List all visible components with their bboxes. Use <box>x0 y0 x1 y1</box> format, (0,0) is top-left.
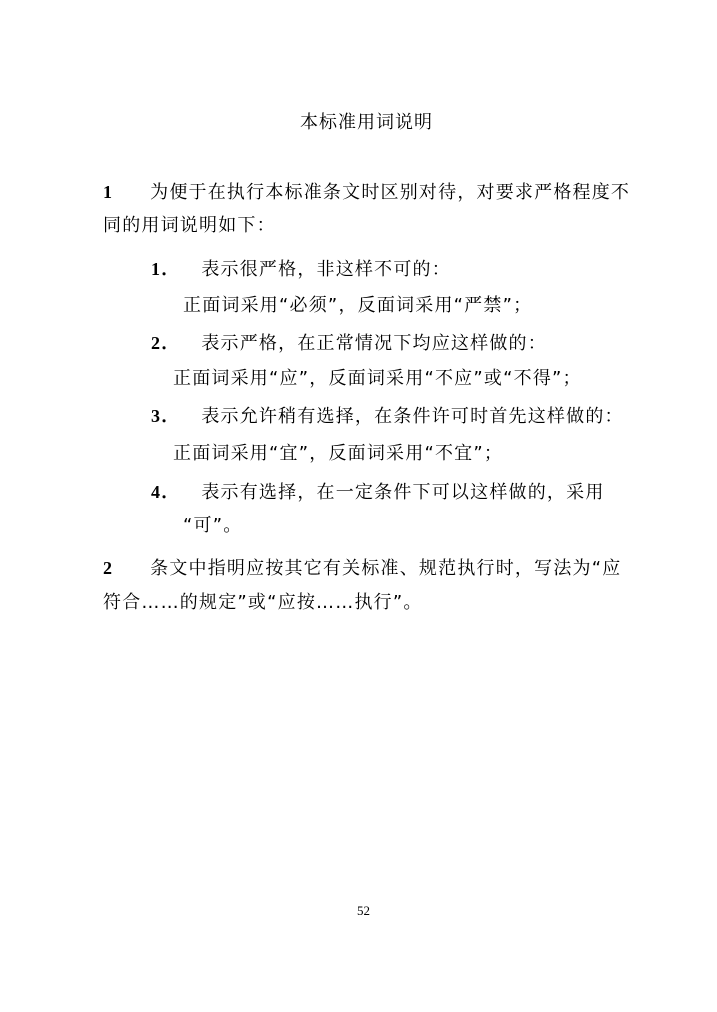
item-2-description: 2． 表示严格，在正常情况下均应这样做的： <box>151 332 547 355</box>
item-number: 4． <box>151 482 180 502</box>
item-1-usage: 正面词采用“必须”，反面词采用“严禁”； <box>183 295 532 317</box>
item-3-description: 3． 表示允许稍有选择，在条件许可时首先这样做的： <box>151 405 624 428</box>
page-number: 52 <box>357 903 370 919</box>
section-text: 条文中指明应按其它有关标准、规范执行时，写法为“应 <box>150 558 621 579</box>
page-title: 本标准用词说明 <box>300 112 433 134</box>
section-2-line-2: 符合……的规定”或“应按……执行”。 <box>103 592 423 614</box>
item-4-description: 4． 表示有选择，在一定条件下可以这样做的，采用 <box>151 481 605 504</box>
section-2-line-1: 2 条文中指明应按其它有关标准、规范执行时，写法为“应 <box>103 557 621 580</box>
section-1-line-1: 1 为便于在执行本标准条文时区别对待，对要求严格程度不 <box>103 181 630 204</box>
item-number: 2． <box>151 333 180 353</box>
section-1-line-2: 同的用词说明如下： <box>103 215 276 237</box>
section-number: 2 <box>103 558 113 578</box>
item-number: 1． <box>151 259 180 279</box>
item-number: 3． <box>151 406 180 426</box>
item-3-usage: 正面词采用“宜”，反面词采用“不宜”； <box>173 443 503 465</box>
section-number: 1 <box>103 182 113 202</box>
section-text: 为便于在执行本标准条文时区别对待，对要求严格程度不 <box>150 182 630 203</box>
item-1-description: 1． 表示很严格，非这样不可的： <box>151 258 451 281</box>
item-4-usage: “可”。 <box>183 515 242 537</box>
item-2-usage: 正面词采用“应”，反面词采用“不应”或“不得”； <box>173 368 582 390</box>
